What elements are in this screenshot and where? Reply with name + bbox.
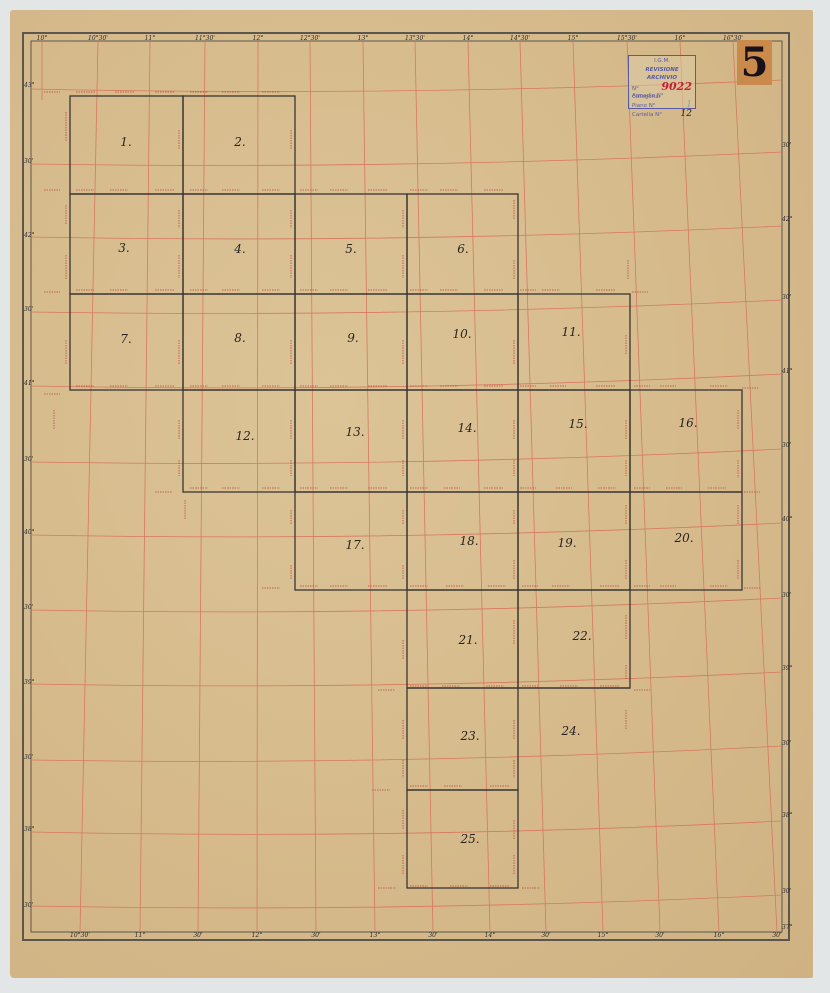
stamp-header: I.G.M.	[632, 57, 692, 66]
sheet-number: 17.	[345, 538, 364, 552]
lat-label: 30'	[24, 604, 33, 611]
sheet-number: 1.	[120, 135, 131, 149]
lat-label: 37°	[782, 924, 793, 931]
tick-label: 11°30'	[195, 35, 215, 42]
sheet-number: 21.	[458, 633, 477, 647]
sheet-number: 18.	[459, 534, 478, 548]
lat-label: 30'	[24, 158, 33, 165]
tick-label: 15°	[598, 932, 609, 939]
sheet-number: 25.	[460, 832, 479, 846]
tick-label: 12°30'	[300, 35, 320, 42]
sheet-number: 19.	[557, 536, 576, 550]
tick-label: 14°	[463, 35, 474, 42]
archive-stamp: I.G.M. REVISIONE ARCHIVIO N° Categoria: …	[628, 55, 696, 109]
lat-label: 38°	[24, 826, 35, 833]
sheet-number: 5.	[345, 242, 356, 256]
tick-label: 13°30'	[405, 35, 425, 42]
sheet-number: 15.	[568, 417, 587, 431]
map-border	[23, 33, 789, 940]
tick-label: 12°	[252, 932, 263, 939]
tick-label: 10°	[37, 35, 48, 42]
sheet-number: 22.	[572, 629, 591, 643]
tick-label: 30'	[428, 932, 437, 939]
stamp-row-categoria: N° Categoria: 9022	[632, 83, 692, 92]
tick-label: 13°	[358, 35, 369, 42]
tick-label: 14°	[485, 932, 496, 939]
sheet-number: 9.	[347, 331, 358, 345]
tick-label: 16°	[675, 35, 686, 42]
lat-label: 41°	[782, 368, 793, 375]
lat-label: 40°	[24, 529, 35, 536]
sheet-number: 16.	[678, 416, 697, 430]
tick-label: 12°	[253, 35, 264, 42]
sheet-number: 7.	[120, 332, 131, 346]
lat-label: 30'	[24, 456, 33, 463]
lat-label: 30'	[24, 902, 33, 909]
sheet-number: 4.	[234, 242, 245, 256]
sheet-number: 24.	[561, 724, 580, 738]
plate-number: 5	[737, 40, 772, 85]
tick-label: 30'	[311, 932, 320, 939]
tick-label: 14°30'	[510, 35, 530, 42]
lat-label: 30'	[782, 142, 791, 149]
lat-label: 39°	[24, 679, 35, 686]
tick-label: 30'	[541, 932, 550, 939]
stamp-label: Cartella N°	[632, 111, 662, 120]
sheet-number: 3.	[118, 241, 129, 255]
stamp-row-cartella: Cartella N° 12	[632, 110, 692, 119]
lat-label: 30'	[782, 294, 791, 301]
tick-label: 16°	[714, 932, 725, 939]
tick-label: 15°30'	[617, 35, 637, 42]
coordinate-annotations	[66, 92, 738, 886]
tick-label: 11°	[135, 932, 146, 939]
tick-label: 13°	[370, 932, 381, 939]
stamp-value: 1	[686, 101, 692, 110]
lat-label: 30'	[782, 442, 791, 449]
lat-label: 38°	[782, 812, 793, 819]
sheet-number: 6.	[457, 242, 468, 256]
plate-number-label: 5	[737, 40, 772, 85]
sheet-number: 23.	[460, 729, 479, 743]
sheet-number: 8.	[234, 331, 245, 345]
lat-label: 30'	[24, 754, 33, 761]
stamp-value: 9022	[661, 83, 692, 92]
lat-label: 42°	[24, 232, 35, 239]
lat-label: 42°	[782, 216, 793, 223]
sheet-number: 14.	[457, 421, 476, 435]
sheet-number: 2.	[234, 135, 245, 149]
lat-label: 30'	[24, 306, 33, 313]
meridian-lines	[42, 41, 777, 932]
lat-label: 30'	[782, 888, 791, 895]
lat-label: 41°	[24, 380, 35, 387]
tick-label: 11°	[145, 35, 156, 42]
lat-label: 30'	[782, 740, 791, 747]
lat-label: 40°	[782, 516, 793, 523]
stamp-label: Armadio N°	[632, 92, 664, 101]
outside-annotations	[44, 92, 760, 888]
lat-label: 43°	[24, 82, 35, 89]
lat-label: 39°	[782, 665, 793, 672]
stamp-label: Piano N°	[632, 102, 656, 111]
sheet-number: 20.	[674, 531, 693, 545]
sheet-number: 13.	[345, 425, 364, 439]
stamp-row-armadio: Armadio N°	[632, 92, 692, 101]
tick-label: 10°30'	[88, 35, 108, 42]
tick-label: 30'	[655, 932, 664, 939]
sheet-number: 12.	[235, 429, 254, 443]
stamp-value: 12	[681, 110, 692, 119]
tick-label: 30'	[772, 932, 781, 939]
sheet-number: 10.	[452, 327, 471, 341]
lat-label: 30'	[782, 592, 791, 599]
sheet-number: 11.	[561, 325, 580, 339]
tick-label: 10°30'	[70, 932, 90, 939]
tick-label: 15°	[568, 35, 579, 42]
tick-label: 30'	[193, 932, 202, 939]
